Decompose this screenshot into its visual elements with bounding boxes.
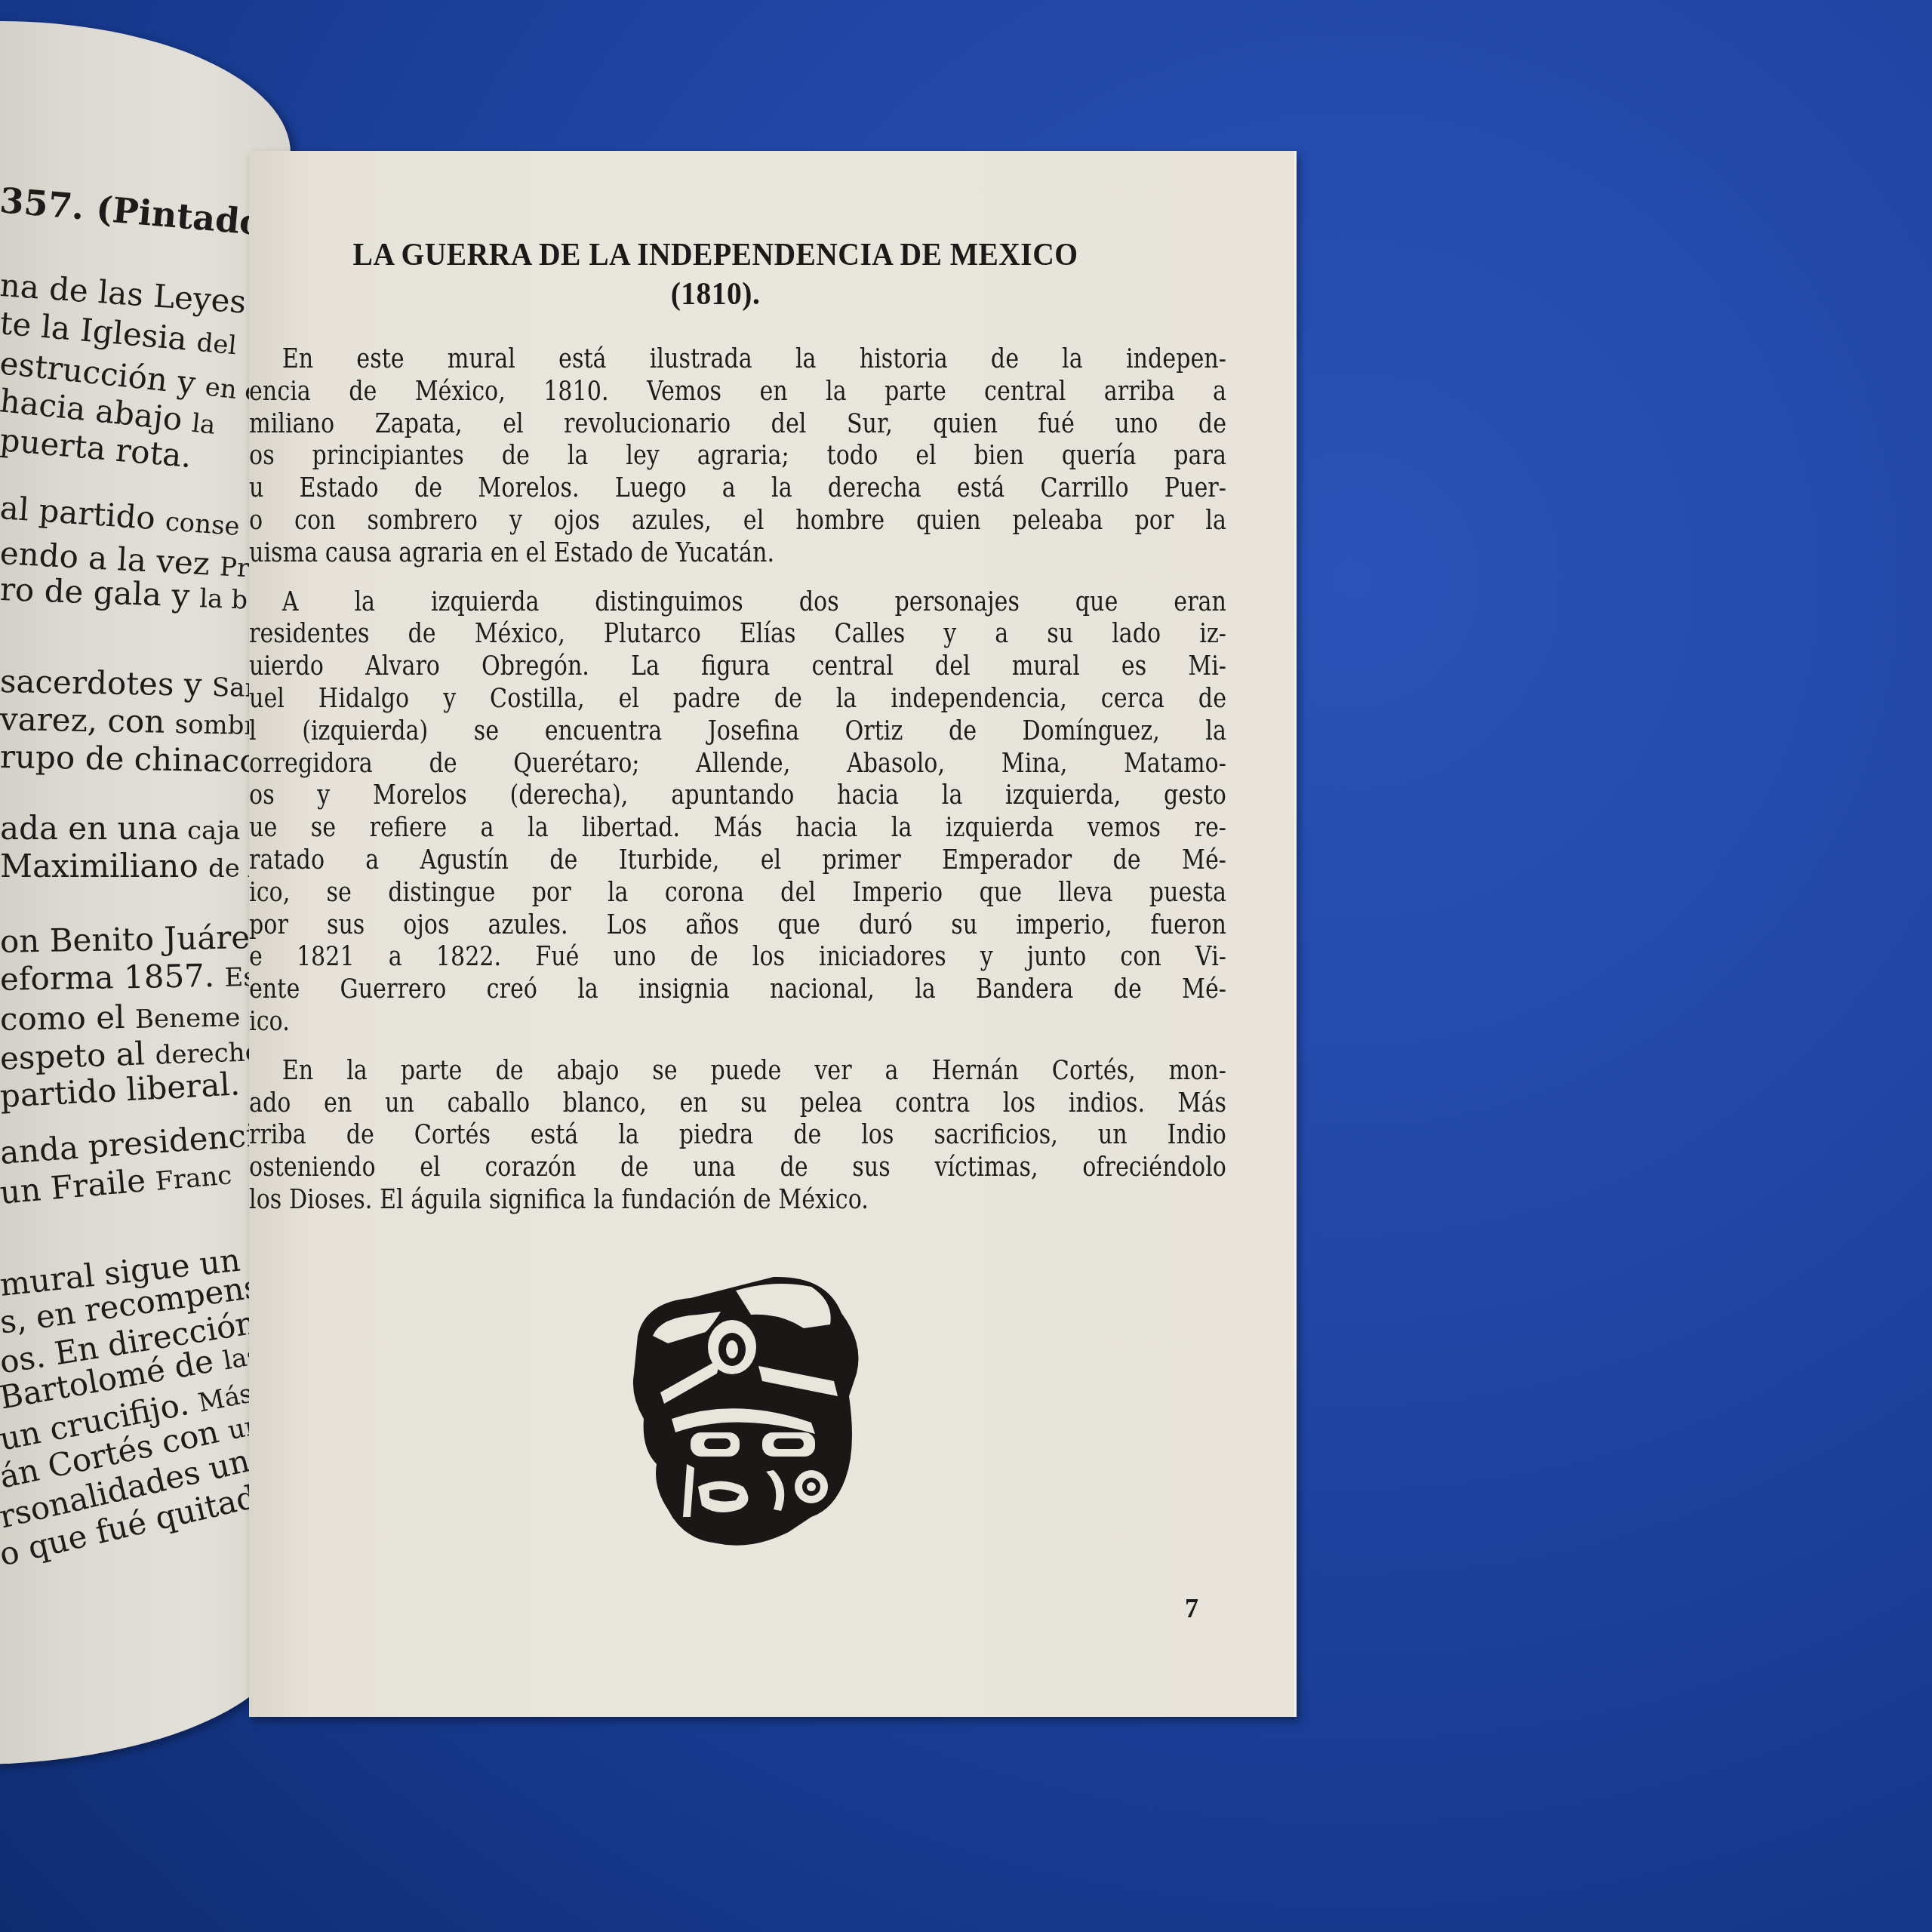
paragraph-gap [249,1038,1134,1055]
left-line-tail: sombr [174,709,257,741]
body-text-line: u Estado de Morelos. Luego a la derecha … [249,472,1226,505]
left-line-tail: Franc [155,1160,233,1197]
left-page-line: sacerdotes y San [0,663,262,704]
body-text-line: os y Morelos (derecha), apuntando hacia … [249,780,1226,812]
left-line-text: ada en una [0,810,177,847]
body-text-line: ado en un caballo blanco, en su pelea co… [249,1088,1226,1120]
left-page-line: rupo de chinacos [0,738,275,780]
left-line-text: al partido [0,489,157,537]
body-text-line: A la izquierda distinguimos dos personaj… [249,586,1226,619]
left-line-tail: derecho [155,1037,261,1071]
body-text-line: l (izquierda) se encuentra Josefina Orti… [249,715,1226,748]
body-text-line: orregidora de Querétaro; Allende, Abasol… [249,748,1226,780]
left-line-text: sacerdotes y [0,663,202,703]
title-line-2: (1810). [264,275,1167,314]
body-text-line: rriba de Cortés está la piedra de los sa… [249,1119,1226,1152]
body-text-line: e 1821 a 1822. Fué uno de los iniciadore… [249,941,1226,974]
left-line-text: como el [0,998,125,1038]
left-line-text: rupo de chinacos [0,738,275,780]
left-page-line: como el Beneme [0,996,241,1038]
left-line-tail: la b [199,583,248,615]
article-body: En este mural está ilustrada la historia… [249,343,1134,1217]
right-page: LA GUERRA DE LA INDEPENDENCIA DE MEXICO … [249,151,1297,1717]
body-text-line: o con sombrero y ojos azules, el hombre … [249,505,1226,537]
left-page-line: 357. (Pintado en [0,180,291,248]
body-text-line: residentes de México, Plutarco Elías Cal… [249,618,1226,651]
left-line-text: 357. (Pintado [0,180,264,243]
body-text-line: uel Hidalgo y Costilla, el padre de la i… [249,683,1226,715]
body-text-line: ratado a Agustín de Iturbide, el primer … [249,844,1226,877]
body-text-line: ue se refiere a la libertad. Más hacia l… [249,812,1226,844]
left-line-text: ro de gala y [0,571,190,614]
body-text-line: uisma causa agraria en el Estado de Yuca… [249,537,1226,570]
left-page-line: ro de gala y la b [0,571,248,616]
page-title: LA GUERRA DE LA INDEPENDENCIA DE MEXICO … [264,235,1167,314]
left-line-text: on Benito Juárez [0,918,267,960]
left-page-line: varez, con sombr [0,700,257,742]
body-text-line: miliano Zapata, el revolucionario del Su… [249,408,1226,441]
left-page-text: 357. (Pintado enna de las Leyes ete la I… [0,21,291,1764]
left-page-line: ada en una caja d [0,810,265,847]
left-page-line: al partido conse [0,489,241,543]
body-text-line: os principiantes de la ley agraria; todo… [249,440,1226,472]
left-line-text: Maximiliano [0,848,198,884]
paragraph-gap [249,570,1134,586]
body-text-line: En este mural está ilustrada la historia… [249,343,1226,376]
page-number: 7 [1185,1592,1198,1624]
left-line-text: varez, con [0,700,165,740]
body-text-line: ico. [249,1006,1226,1038]
left-line-tail: Beneme [135,1002,241,1034]
body-text-line: uierdo Alvaro Obregón. La figura central… [249,651,1226,683]
body-text-line: ente Guerrero creó la insignia nacional,… [249,974,1226,1006]
left-line-text: eforma 1857. [0,957,215,998]
olmec-head-illustration-icon [585,1260,887,1562]
body-text-line: ico, se distingue por la corona del Impe… [249,877,1226,909]
left-page-line: Maximiliano de A [0,848,266,884]
body-text-line: encia de México, 1810. Vemos en la parte… [249,376,1226,408]
body-text-line: En la parte de abajo se puede ver a Hern… [249,1055,1226,1088]
body-text-line: osteniendo el corazón de una de sus víct… [249,1152,1226,1184]
title-line-1: LA GUERRA DE LA INDEPENDENCIA DE MEXICO [264,235,1167,275]
left-page-line: on Benito Juárez [0,918,267,960]
body-text-line: por sus ojos azules. Los años que duró s… [249,909,1226,942]
left-line-tail: conse [164,506,241,542]
left-line-tail: la [190,408,217,441]
body-text-line: los Dioses. El águila significa la funda… [249,1184,1226,1217]
left-line-tail: del [195,328,238,361]
left-page: 357. (Pintado enna de las Leyes ete la I… [0,21,291,1764]
left-page-line: eforma 1857. Es [0,956,257,998]
